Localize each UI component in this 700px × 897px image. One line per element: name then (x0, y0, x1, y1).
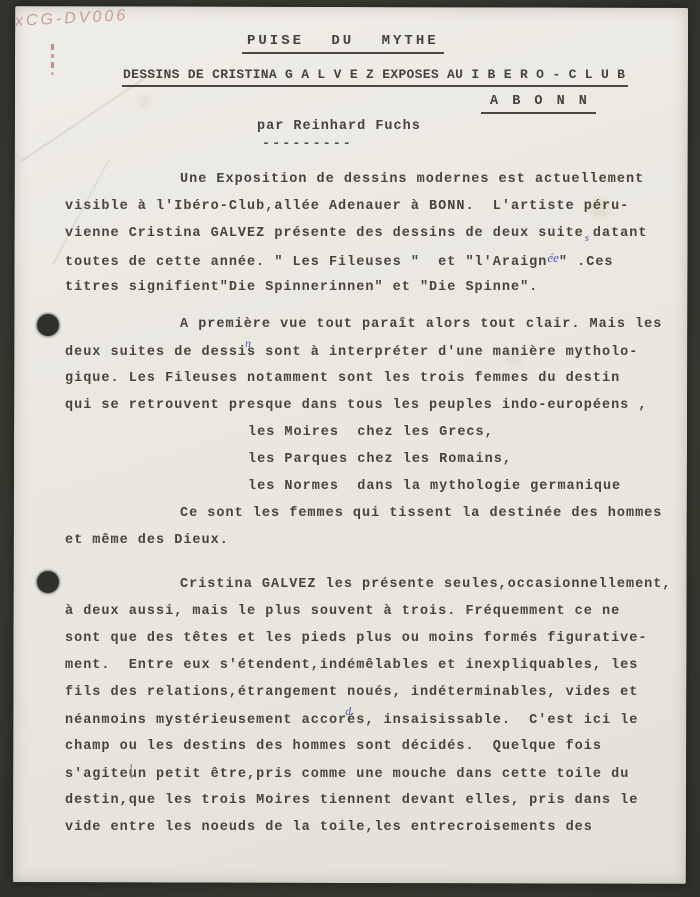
text-line: A première vue tout paraît alors tout cl… (65, 311, 670, 338)
byline: par Reinhard Fuchs (257, 119, 421, 134)
hole-punch-bottom (37, 571, 59, 593)
text-line: visible à l'Ibéro-Club,allée Adenauer à … (65, 193, 670, 220)
text-line: sont que des têtes et les pieds plus ou … (65, 625, 670, 652)
text-segment: toutes de cette année. " Les Fileuses " … (65, 255, 547, 270)
text-line: s'agite|un petit être,pris comme une mou… (65, 760, 670, 787)
text-line: toutes de cette année. " Les Fileuses " … (65, 247, 670, 274)
text-line: Une Exposition de dessins modernes est a… (65, 166, 670, 193)
hole-punch-top (37, 314, 59, 336)
text-line: qui se retrouvent presque dans tous les … (65, 392, 670, 419)
text-segment: vienne Cristina GALVEZ présente des dess… (65, 226, 584, 241)
text-line: fils des relations,étrangement noués, in… (65, 679, 670, 706)
text-segment: és, insaisissable. C'est ici le (347, 713, 638, 728)
text-segment: un petit être,pris comme une mouche dans… (129, 767, 630, 782)
text-line: ment. Entre eux s'étendent,indémêlables … (65, 652, 670, 679)
text-line: Cristina GALVEZ les présente seules,occa… (65, 571, 670, 598)
text-line: les Parques chez les Romains, (65, 446, 670, 473)
document-subtitle-location: A B O N N (481, 94, 596, 114)
paragraph-1: Une Exposition de dessins modernes est a… (65, 166, 670, 301)
text-line: vide entre les noeuds de la toile,les en… (65, 814, 670, 841)
divider-dashes: --------- (262, 137, 353, 152)
document-subtitle: DESSINS DE CRISTINA G A L V E Z EXPOSES … (122, 67, 628, 87)
text-line: les Normes dans la mythologie germanique (65, 473, 670, 500)
text-line: vienne Cristina GALVEZ présente des dess… (65, 220, 670, 247)
text-segment: s sont à interpréter d'une manière mytho… (247, 345, 638, 360)
red-tick-marks (51, 44, 54, 75)
document-title: PUISE DU MYTHE (242, 33, 444, 54)
text-line: gique. Les Fileuses notamment sont les t… (65, 365, 670, 392)
text-line: Ce sont les femmes qui tissent la destin… (65, 500, 670, 527)
text-line: les Moires chez les Grecs, (65, 419, 670, 446)
text-line: et même des Dieux. (65, 527, 670, 554)
text-segment: s'agite (65, 767, 129, 782)
text-line: titres signifient"Die Spinnerinnen" et "… (65, 274, 670, 301)
text-segment: néanmoins mystérieusement accor (65, 713, 347, 728)
scan-background: xCG-DV006 PUISE DU MYTHE DESSINS DE CRIS… (0, 0, 700, 897)
paragraph-3: Cristina GALVEZ les présente seules,occa… (65, 571, 670, 841)
paragraph-2: A première vue tout paraît alors tout cl… (65, 311, 670, 554)
text-segment: " .Ces (559, 255, 614, 270)
text-segment: deux suites de dessi (65, 345, 247, 360)
text-line: champ ou les destins des hommes sont déc… (65, 733, 670, 760)
text-line: à deux aussi, mais le plus souvent à tro… (65, 598, 670, 625)
text-line: néanmoins mystérieusement accordés, insa… (65, 706, 670, 733)
ink-correction-ee: ée (547, 244, 559, 271)
text-line: deux suites de dessins sont à interpréte… (65, 338, 670, 365)
text-line: destin,que les trois Moires tiennent dev… (65, 787, 670, 814)
text-segment: datant (584, 226, 648, 241)
